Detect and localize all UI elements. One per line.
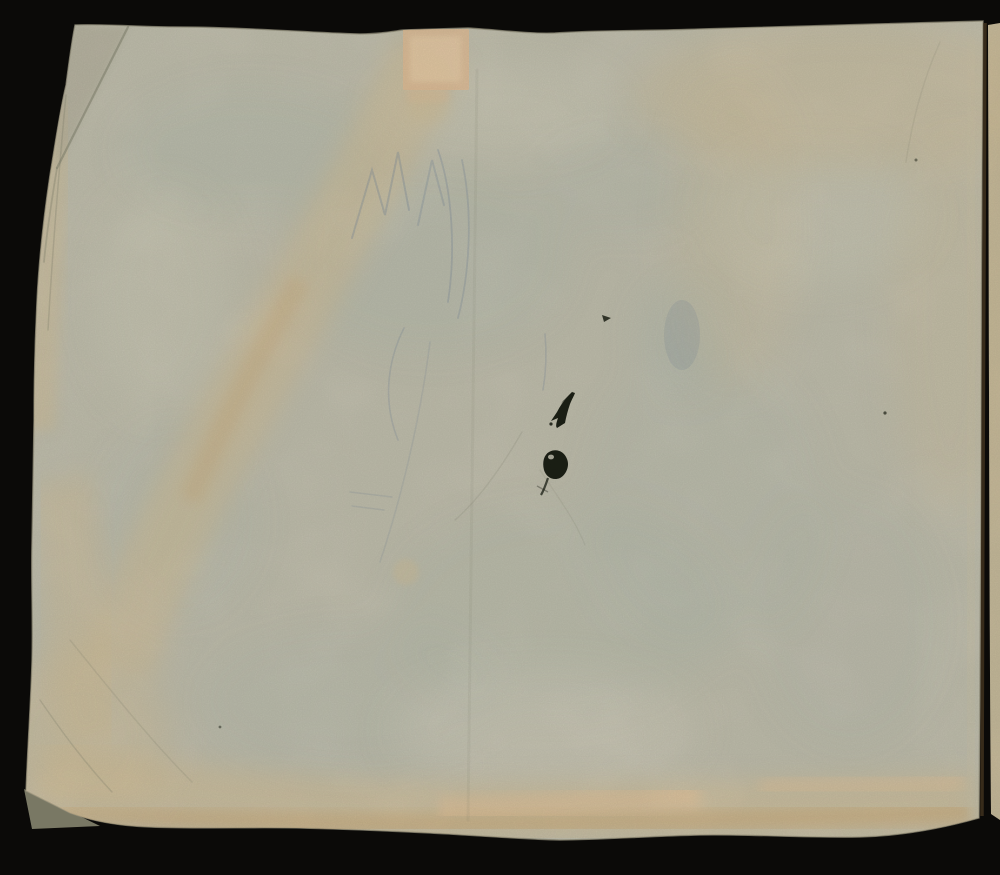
photograph-stage: Scanned blank verso of an aged manuscrip… (0, 0, 1000, 875)
manuscript-scan: Scanned blank verso of an aged manuscrip… (0, 0, 1000, 875)
paper-grain-texture (0, 0, 1000, 875)
